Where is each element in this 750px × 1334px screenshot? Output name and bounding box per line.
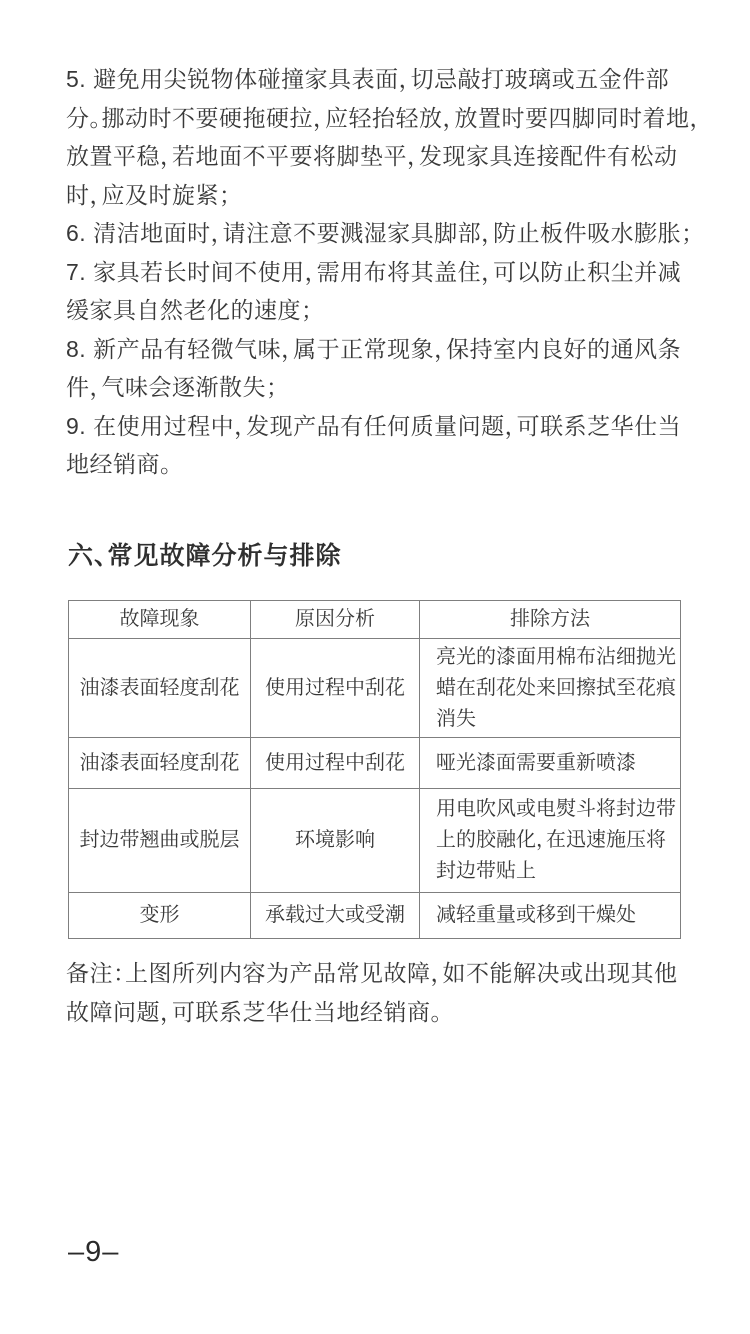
- cell-cause: 使用过程中刮花: [251, 639, 420, 738]
- cell-cause: 承载过大或受潮: [251, 893, 420, 939]
- care-line: 放置平稳，若地面不平要将脚垫平，发现家具连接配件有松动: [66, 137, 706, 176]
- cell-solution: 减轻重量或移到干燥处: [420, 893, 681, 939]
- header-phenomenon: 故障现象: [69, 601, 251, 639]
- care-instructions: 5. 避免用尖锐物体碰撞家具表面，切忌敲打玻璃或五金件部 分。挪动时不要硬拖硬拉…: [66, 60, 706, 484]
- care-line: 5. 避免用尖锐物体碰撞家具表面，切忌敲打玻璃或五金件部: [66, 60, 706, 99]
- cell-phenomenon: 变形: [69, 893, 251, 939]
- table-row: 封边带翘曲或脱层 环境影响 用电吹风或电熨斗将封边带上的胶融化，在迅速施压将封边…: [69, 789, 681, 893]
- cell-phenomenon: 封边带翘曲或脱层: [69, 789, 251, 893]
- table-header-row: 故障现象 原因分析 排除方法: [69, 601, 681, 639]
- cell-cause: 环境影响: [251, 789, 420, 893]
- cell-phenomenon: 油漆表面轻度刮花: [69, 639, 251, 738]
- header-cause: 原因分析: [251, 601, 420, 639]
- cell-solution: 用电吹风或电熨斗将封边带上的胶融化，在迅速施压将封边带贴上: [420, 789, 681, 893]
- note-line: 备注：上图所列内容为产品常见故障，如不能解决或出现其他: [66, 954, 706, 993]
- header-solution: 排除方法: [420, 601, 681, 639]
- table-row: 油漆表面轻度刮花 使用过程中刮花 哑光漆面需要重新喷漆: [69, 738, 681, 789]
- table-row: 变形 承载过大或受潮 减轻重量或移到干燥处: [69, 893, 681, 939]
- cell-cause: 使用过程中刮花: [251, 738, 420, 789]
- care-line: 地经销商。: [66, 445, 706, 484]
- care-line: 缓家具自然老化的速度；: [66, 291, 706, 330]
- manual-page: 5. 避免用尖锐物体碰撞家具表面，切忌敲打玻璃或五金件部 分。挪动时不要硬拖硬拉…: [0, 0, 750, 1334]
- section-title: 六、常见故障分析与排除: [68, 536, 342, 572]
- care-line: 分。挪动时不要硬拖硬拉，应轻抬轻放，放置时要四脚同时着地，: [66, 99, 706, 138]
- cell-solution: 亮光的漆面用棉布沾细抛光蜡在刮花处来回擦拭至花痕消失: [420, 639, 681, 738]
- care-line: 6. 清洁地面时，请注意不要溅湿家具脚部，防止板件吸水膨胀；: [66, 214, 706, 253]
- cell-phenomenon: 油漆表面轻度刮花: [69, 738, 251, 789]
- note-line: 故障问题，可联系芝华仕当地经销商。: [66, 993, 706, 1032]
- cell-solution: 哑光漆面需要重新喷漆: [420, 738, 681, 789]
- care-line: 9. 在使用过程中，发现产品有任何质量问题，可联系芝华仕当: [66, 407, 706, 446]
- note: 备注：上图所列内容为产品常见故障，如不能解决或出现其他 故障问题，可联系芝华仕当…: [66, 954, 706, 1031]
- care-line: 件，气味会逐渐散失；: [66, 368, 706, 407]
- fault-table: 故障现象 原因分析 排除方法 油漆表面轻度刮花 使用过程中刮花 亮光的漆面用棉布…: [68, 600, 681, 939]
- care-line: 时，应及时旋紧；: [66, 176, 706, 215]
- table-row: 油漆表面轻度刮花 使用过程中刮花 亮光的漆面用棉布沾细抛光蜡在刮花处来回擦拭至花…: [69, 639, 681, 738]
- page-number: –9–: [68, 1236, 119, 1269]
- care-line: 8. 新产品有轻微气味，属于正常现象，保持室内良好的通风条: [66, 330, 706, 369]
- care-line: 7. 家具若长时间不使用，需用布将其盖住，可以防止积尘并减: [66, 253, 706, 292]
